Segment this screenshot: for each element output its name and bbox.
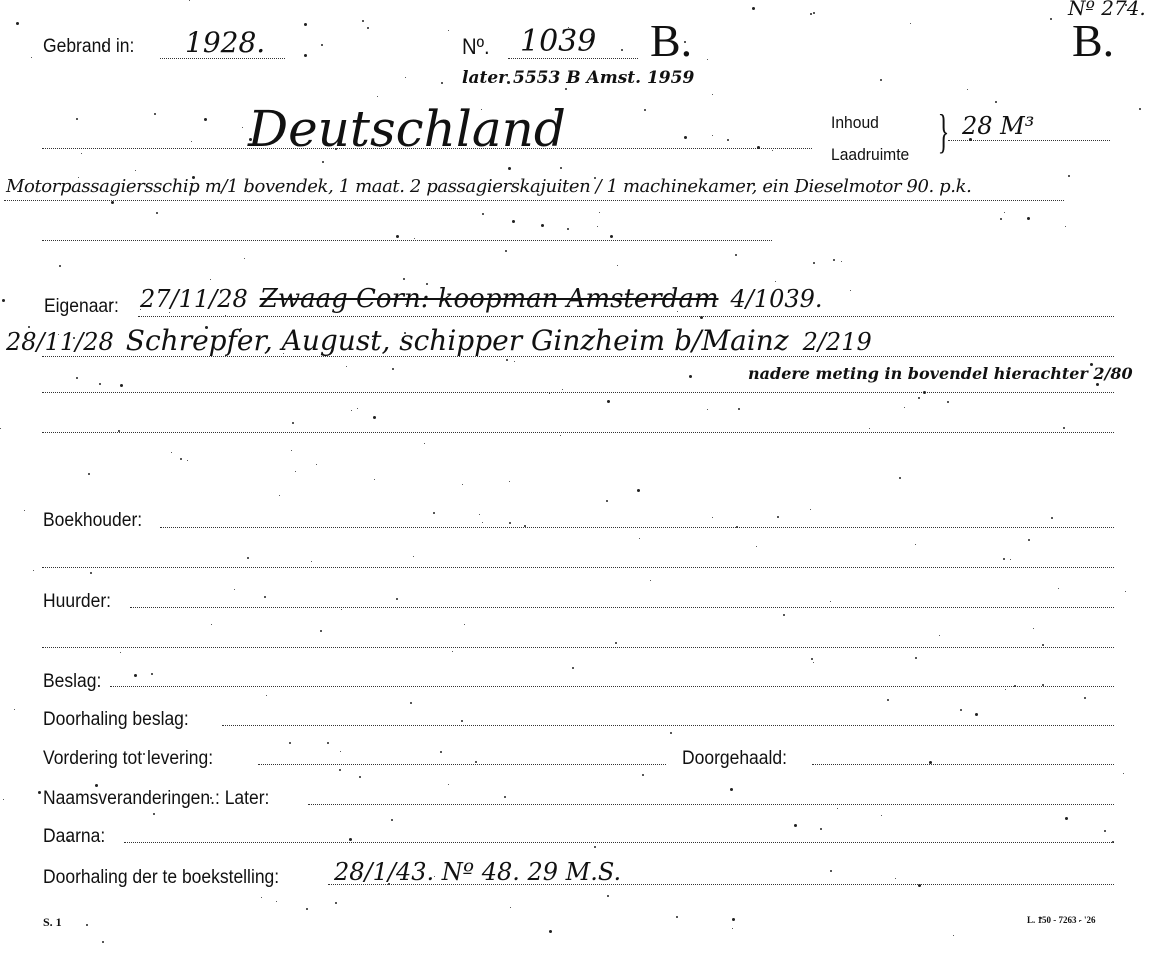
scan-speck [351,410,352,411]
scan-speck [549,393,550,394]
scan-speck [211,624,212,625]
scan-speck [367,27,369,29]
scan-speck [1014,685,1016,687]
scan-speck [1010,559,1011,560]
eigenaar-entry-text: Schrepfer, August, schipper Ginzheim b/M… [126,324,789,357]
doorgehaald-label: Doorgehaald: [682,748,787,770]
scan-speck [225,315,226,316]
scan-speck [33,570,34,571]
scan-speck [441,82,443,84]
scan-speck [187,460,188,461]
scan-speck [193,190,195,192]
scan-speck [388,883,390,885]
scan-speck [461,720,463,722]
scan-speck [264,596,266,598]
scan-speck [565,88,567,90]
scan-speck [549,930,552,933]
scan-speck [372,339,373,340]
eigenaar-note: nadere meting in bovendel hierachter 2/8… [748,364,1133,383]
scan-speck [292,422,294,424]
scan-speck [392,368,394,370]
scan-speck [644,109,646,111]
scan-speck [700,316,703,319]
scan-speck [358,876,359,877]
scan-speck [135,170,136,171]
scan-speck [887,699,889,701]
scan-speck [205,326,208,329]
scan-speck [607,895,609,897]
scan-speck [193,35,196,38]
scan-speck [796,191,798,193]
scan-speck [304,23,307,26]
scan-speck [830,870,832,872]
scan-speck [335,902,337,904]
scan-speck [904,407,905,408]
scan-speck [854,125,855,126]
scan-speck [727,139,729,141]
scan-speck [1003,558,1005,560]
scan-speck [712,135,713,136]
eigenaar-line-1 [138,316,1114,317]
scan-speck [712,94,713,95]
scan-speck [140,309,141,310]
scan-speck [850,290,851,291]
scan-speck [541,224,544,227]
scan-speck [813,662,814,663]
scan-speck [712,517,713,518]
scan-speck [357,408,358,409]
scan-speck [379,145,381,147]
scan-speck [841,261,842,262]
scan-speck [405,304,406,305]
scan-speck [842,152,843,153]
scan-speck [880,79,882,81]
scan-speck [929,761,932,764]
scan-speck [915,544,916,545]
scan-speck [650,580,651,581]
scan-speck [606,500,608,502]
scan-speck [156,212,158,214]
scan-speck [210,279,211,280]
scan-speck [482,522,483,523]
ship-registration-card: Nº 274. B. Gebrand in: 1928. Nº. 1039 B.… [0,0,1152,953]
scan-speck [1068,175,1070,177]
eigenaar-line-3 [42,392,1114,393]
scan-speck [953,935,954,936]
scan-speck [391,819,393,821]
scan-speck [1027,217,1030,220]
scan-speck [339,769,341,771]
scan-speck [810,13,812,15]
scan-speck [266,695,267,696]
scan-speck [16,22,19,25]
scan-speck [670,732,672,734]
doorhaling-boekstelling-value: 28/1/43. Nº 48. 29 M.S. [334,858,621,886]
scan-speck [512,220,515,223]
scan-speck [995,101,997,103]
scan-speck [462,484,463,485]
scan-speck [676,916,678,918]
scan-speck [615,642,617,644]
print-code: L. 150 - 7263 - '26 [1027,915,1096,925]
gebrand-value: 1928. [185,26,265,59]
scan-speck [639,538,640,539]
scan-speck [895,878,896,879]
scan-speck [736,526,738,528]
eigenaar-entry: 27/11/28 Zwaag Corn: koopman Amsterdam 4… [140,284,823,314]
scan-speck [504,796,506,798]
scan-speck [607,400,610,403]
scan-speck [261,897,262,898]
scan-speck [1065,817,1068,820]
number-value: 1039 [520,24,596,59]
scan-speck [939,635,940,636]
scan-speck [481,109,482,110]
scan-speck [1084,697,1086,699]
scan-speck [689,375,692,378]
scan-speck [833,259,835,261]
scan-speck [777,516,779,518]
scan-speck [143,753,145,755]
scan-speck [617,265,618,266]
scan-speck [0,428,1,429]
scan-speck [506,359,508,361]
doorgehaald-line [812,764,1114,765]
scan-speck [524,525,526,527]
scan-speck [403,278,405,280]
scan-speck [1042,684,1044,686]
scan-speck [514,361,515,362]
eigenaar-line-4 [42,432,1114,433]
scan-speck [151,673,153,675]
scan-speck [621,49,623,51]
scan-speck [59,265,61,267]
scan-speck [1125,591,1126,592]
later-note: later 5553 B Amst. 1959 [462,68,694,88]
scan-speck [374,479,375,480]
beslag-label: Beslag: [43,671,101,693]
scan-speck [404,332,406,334]
scan-speck [915,657,917,659]
scan-speck [405,77,406,78]
scan-speck [918,884,921,887]
scan-speck [820,828,822,830]
scan-speck [118,430,120,432]
scan-speck [103,45,105,47]
scan-speck [120,384,123,387]
huurder-line [130,607,1114,608]
scan-speck [482,213,484,215]
laadruimte-label: Laadruimte [831,145,909,165]
gebrand-label: Gebrand in: [43,36,134,58]
scan-speck [732,928,733,929]
scan-speck [560,167,562,169]
scan-speck [413,556,414,557]
scan-speck [947,401,949,403]
naamsveranderingen-label: Naamsveranderingen.: Later: [43,788,269,810]
scan-speck [637,489,640,492]
scan-speck [599,212,600,213]
capacity-line [948,140,1110,141]
scan-speck [90,572,92,574]
eigenaar-label: Eigenaar: [44,296,119,318]
scan-speck [1090,363,1093,366]
scan-speck [910,23,911,24]
description-line-2 [42,240,772,241]
scan-speck [772,150,773,151]
scan-speck [1139,108,1141,110]
scan-speck [479,514,480,515]
scan-speck [732,918,735,921]
scan-speck [24,510,25,511]
scan-speck [899,477,901,479]
scan-speck [1065,226,1066,227]
scan-speck [975,713,978,716]
scan-speck [510,907,511,908]
scan-speck [180,458,182,460]
scan-speck [735,254,737,256]
scan-speck [31,57,32,58]
scan-speck [756,546,757,547]
scan-speck [505,250,507,252]
scan-speck [783,614,785,616]
scan-speck [448,30,449,31]
scan-speck [475,761,477,763]
scan-speck [677,311,678,312]
scan-speck [76,118,78,120]
scan-speck [240,328,242,330]
sheet-number: S. 1 [43,915,62,930]
scan-speck [794,824,797,827]
scan-speck [424,443,425,444]
scan-speck [1004,212,1005,213]
scan-speck [340,751,341,752]
scan-speck [1104,830,1106,832]
scan-speck [869,428,870,429]
scan-speck [210,797,212,799]
scan-speck [594,177,596,179]
scan-speck [881,815,882,816]
daarna-line [124,842,1114,843]
scan-speck [813,262,815,264]
scan-speck [738,408,740,410]
scan-speck [191,141,192,142]
vordering-label: Vordering tot levering: [43,748,213,770]
scan-speck [234,589,235,590]
scan-speck [918,397,920,399]
scan-speck [58,334,59,335]
boekhouder-line [160,527,1114,528]
daarna-label: Daarna: [43,826,105,848]
scan-speck [410,702,412,704]
scan-speck [837,808,838,809]
scan-speck [14,709,15,710]
scan-speck [830,601,831,602]
scan-speck [88,837,89,838]
scan-speck [110,302,112,304]
scan-speck [810,509,811,510]
scan-speck [594,846,596,848]
scan-speck [291,450,292,451]
boekhouder-line-2 [42,567,1114,568]
scan-speck [244,258,245,259]
scan-speck [560,435,561,436]
scan-speck [102,941,104,943]
beslag-line [110,686,1114,687]
doorhaling-boekstelling-label: Doorhaling der te boekstelling: [43,867,279,889]
scan-speck [509,481,510,482]
scan-speck [1040,917,1042,919]
scan-speck [775,281,776,282]
scan-speck [562,389,563,390]
scan-speck [684,136,687,139]
scan-speck [320,630,322,632]
scan-speck [707,59,708,60]
scan-speck [414,238,415,239]
scan-speck [730,788,733,791]
scan-speck [78,177,79,178]
scan-speck [509,522,511,524]
scan-speck [433,512,435,514]
scan-speck [707,409,708,410]
scan-speck [1033,628,1034,629]
vordering-line [258,764,666,765]
scan-speck [396,598,398,600]
scan-speck [464,624,465,625]
scan-speck [306,908,308,910]
scan-speck [3,799,4,800]
scan-speck [154,113,156,115]
doorhaling-beslag-label: Doorhaling beslag: [43,709,189,731]
scan-speck [153,813,155,815]
scan-speck [247,557,249,559]
eigenaar-entry-date: 28/11/28 [6,328,114,356]
doorhaling-beslag-line [222,725,1114,726]
scan-speck [610,235,613,238]
scan-speck [434,876,435,877]
scan-speck [242,127,243,128]
scan-speck [1096,383,1099,386]
scan-speck [88,473,90,475]
scan-speck [1079,921,1080,922]
inhoud-label: Inhoud [831,113,879,133]
scan-speck [507,81,510,84]
scan-speck [591,33,594,36]
scan-speck [1058,588,1059,589]
scan-speck [1005,689,1006,690]
scan-speck [346,366,347,367]
huurder-line-2 [42,647,1114,648]
scan-speck [120,652,121,653]
scan-speck [960,709,962,711]
capacity-brace: } [938,108,950,156]
scan-speck [440,751,442,753]
scan-speck [373,416,376,419]
number-label: Nº. [462,34,490,60]
scan-speck [189,0,190,1]
scan-speck [642,774,644,776]
capacity-value: 28 M³ [962,112,1034,140]
scan-speck [508,167,511,170]
scan-speck [86,924,88,926]
scan-speck [289,742,291,744]
scan-speck [359,776,361,778]
scan-speck [753,184,755,186]
scan-speck [1028,539,1030,541]
scan-speck [171,452,172,453]
scan-speck [76,377,78,379]
ship-name: Deutschland [248,100,566,158]
scan-speck [295,471,296,472]
scan-speck [316,464,317,465]
scan-speck [684,41,686,43]
scan-speck [1063,427,1065,429]
scan-speck [426,283,428,285]
scan-speck [279,495,280,496]
eigenaar-entry-text: Zwaag Corn: koopman Amsterdam [260,284,719,314]
scan-speck [396,235,399,238]
boekhouder-label: Boekhouder: [43,510,142,532]
eigenaar-entry-date: 27/11/28 [140,285,248,313]
scan-speck [969,138,972,141]
scan-speck [304,54,307,57]
scan-speck [38,791,41,794]
scan-speck [452,651,453,652]
scan-speck [1123,773,1124,774]
eigenaar-entry: 28/11/28 Schrepfer, August, schipper Gin… [6,324,872,357]
scan-speck [1042,644,1044,646]
scan-speck [95,784,98,787]
scan-speck [99,383,101,385]
scan-speck [283,353,284,354]
scan-speck [1050,18,1052,20]
scan-speck [811,658,813,660]
scan-speck [757,146,760,149]
scan-speck [572,667,574,669]
scan-speck [448,784,449,785]
scan-speck [111,201,114,204]
scan-speck [28,326,30,328]
scan-speck [1112,841,1114,843]
scan-speck [322,161,324,163]
scan-speck [752,7,755,10]
series-letter-corner: B. [1072,18,1114,64]
scan-speck [276,901,277,902]
scan-speck [967,89,968,90]
scan-speck [750,371,752,373]
description-line [4,200,1064,201]
eigenaar-entry-ref: 2/219 [803,328,872,356]
scan-speck [1051,517,1053,519]
description: Motorpassagiersschip m/1 bovendek, 1 maa… [6,176,971,197]
scan-speck [2,299,5,302]
scan-speck [597,226,598,227]
scan-speck [192,176,195,179]
scan-speck [923,391,926,394]
scan-speck [341,609,342,610]
scan-speck [134,674,137,677]
scan-speck [68,839,70,841]
scan-speck [311,561,312,562]
scan-speck [813,12,815,14]
scan-speck [1000,218,1002,220]
scan-speck [335,148,337,150]
scan-speck [169,312,170,313]
scan-speck [362,20,364,22]
scan-speck [349,838,352,841]
scan-speck [249,138,252,141]
eigenaar-entry-ref: 4/1039. [730,285,822,313]
